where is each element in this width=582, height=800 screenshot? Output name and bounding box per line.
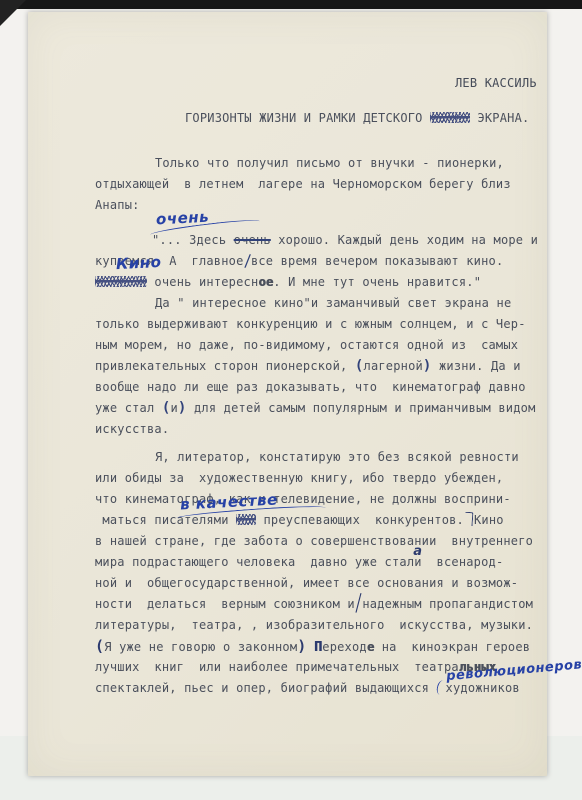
typed-text: и <box>170 401 177 415</box>
typed-line: или обиды за художественную книгу, ибо т… <box>28 468 547 489</box>
typed-text: Кино <box>474 513 504 527</box>
typed-line: "... Здесь очень хорошо. Каждый день ход… <box>28 230 547 251</box>
author-name: ЛЕВ КАССИЛЬ <box>28 73 547 94</box>
typed-text: спектаклей, пьес и опер, биографий выдаю… <box>95 681 437 695</box>
typed-text: лагерной <box>364 359 423 373</box>
typed-text: все время вечером показывают кино. <box>251 254 503 268</box>
scan-corner <box>0 0 26 26</box>
typed-line: уже стал (и) для детей самым популярным … <box>28 398 547 419</box>
typed-line: Только что получил письмо от внучки - пи… <box>28 153 547 174</box>
typed-line: только выдерживают конкуренцию и с южным… <box>28 314 547 335</box>
typed-text: Я уже не говорю о законном <box>104 640 297 654</box>
typed-line: (Я уже не говорю о законном) Переходе на… <box>28 636 547 657</box>
typed-text: мира подрастающего человека давно уже ст… <box>95 555 414 569</box>
hand-paren: ) <box>423 358 432 374</box>
hand-paren: ) <box>297 637 306 655</box>
overtyped-text: ое <box>258 275 273 289</box>
typed-text: жизни. Да и <box>432 359 521 373</box>
typed-text: . И мне тут очень нравится." <box>273 275 481 289</box>
title-line: ГОРИЗОНТЫ ЖИЗНИ И РАМКИ ДЕТСКОГО ЭКРАНА. <box>28 108 547 129</box>
typed-text: очень интересн <box>147 275 258 289</box>
typed-line: Я, литератор, констатирую это без всякой… <box>28 447 547 468</box>
typed-line: ным морем, но даже, по-видимому, остаютс… <box>28 335 547 356</box>
typed-text: лучших книг или наиболее примечательных … <box>95 660 459 674</box>
typed-line: в нашей стране, где забота о совершенств… <box>28 531 547 552</box>
hand-paren: ) <box>178 400 187 416</box>
typed-text: хорошо. Каждый день ходим на море и <box>271 233 538 247</box>
handwritten-insertion: Кино <box>116 253 162 273</box>
typed-text: уже стал <box>95 401 162 415</box>
handwritten-correction: а <box>413 541 422 562</box>
typed-line: отдыхающей в летнем лагере на Черноморск… <box>28 174 547 195</box>
scan-top-edge <box>0 0 582 9</box>
corrected-letter: иа <box>414 555 421 569</box>
scribbled-word <box>95 276 147 287</box>
scribbled-word <box>430 112 470 123</box>
typed-line: вообще надо ли еще раз доказывать, что к… <box>28 377 547 398</box>
typed-line: ной и общегосударственной, имеет все осн… <box>28 573 547 594</box>
typed-text: ереход <box>322 640 367 654</box>
typed-text: надежным пропагандистом <box>362 597 533 611</box>
manuscript-page: ЛЕВ КАССИЛЬ ГОРИЗОНТЫ ЖИЗНИ И РАМКИ ДЕТС… <box>28 12 547 776</box>
typed-line: очень интересное. И мне тут очень нравит… <box>28 272 547 293</box>
typed-line: купаемся. А главное/все время вечером по… <box>28 251 547 272</box>
typed-text: всенарод- <box>422 555 504 569</box>
typed-line: искусства. <box>28 419 547 440</box>
typed-line: мира подрастающего человека давно уже ст… <box>28 552 547 573</box>
hand-paren: ( <box>95 637 104 655</box>
struck-word: очень <box>234 233 271 247</box>
typed-text: на киноэкран героев <box>374 640 530 654</box>
typed-line: привлекательных сторон пионерской, (лаге… <box>28 356 547 377</box>
title-text: ЭКРАНА. <box>470 111 529 125</box>
typed-text: привлекательных сторон пионерской, <box>95 359 355 373</box>
typed-text: преуспевающих конкурентов. <box>256 513 464 527</box>
title-text: ГОРИЗОНТЫ ЖИЗНИ И РАМКИ ДЕТСКОГО <box>185 111 430 125</box>
typed-text: ности делаться верным союзником и <box>95 597 355 611</box>
typed-text: для детей самым популярным и приманчивым… <box>187 401 536 415</box>
typed-line: литературы, театра, , изобразительного и… <box>28 615 547 636</box>
typed-line: Анапы: <box>28 195 547 216</box>
hand-bracket-mark <box>464 512 473 527</box>
typed-text <box>307 640 314 654</box>
hand-paren: ( <box>355 358 364 374</box>
typed-line: ности делаться верным союзником и/надежн… <box>28 594 547 615</box>
typed-line: Да " интересное кино"и заманчивый свет э… <box>28 293 547 314</box>
